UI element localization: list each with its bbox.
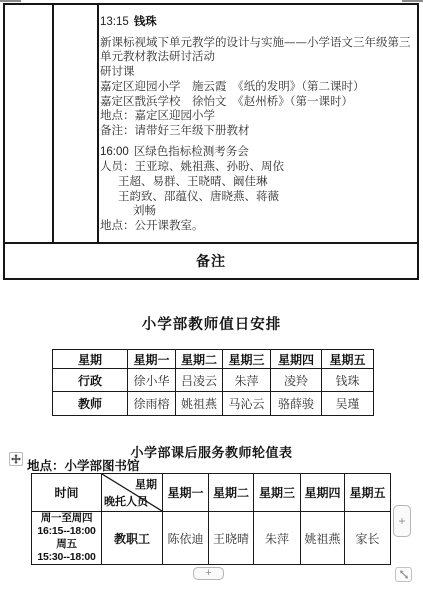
personnel-line: 王超、易群、王晓晴、阚佳琳 [100, 174, 412, 189]
time-line: 周一至周四 [32, 512, 101, 525]
duty-cell: 徐小华 [128, 369, 176, 392]
agenda-line: 新课标视域下单元教学的设计与实施——小学语文三年级第三 [100, 35, 412, 50]
agenda-location-line: 地点：公开课教室。 [100, 218, 412, 233]
rota-cell: 家长 [345, 512, 391, 565]
personnel-line: 刘畅 [100, 203, 412, 218]
table-move-handle[interactable] [9, 452, 23, 466]
duty-row-label: 行政 [53, 369, 128, 392]
duty-header-cell: 星期四 [271, 350, 322, 369]
duty-cell: 朱萍 [223, 369, 271, 392]
duty-cell: 凌羚 [271, 369, 322, 392]
time-line: 16:15--18:00 [32, 525, 101, 538]
agenda-line: 单元教材教法研讨活动 [100, 49, 412, 64]
rota-diagonal-header-cell: 星期 晚托人员 [102, 474, 163, 512]
table-column-border [52, 5, 54, 242]
agenda-content-cell: 13:15钱珠 新课标视域下单元教学的设计与实施——小学语文三年级第三 单元教材… [100, 14, 412, 233]
event-title: 区绿色指标检测考务会 [134, 144, 249, 158]
agenda-line: 嘉定区迎园小学 施云霞 《纸的发明》（第二课时） [100, 79, 412, 94]
duty-row-label: 教师 [53, 392, 128, 416]
agenda-line: 嘉定区戬浜学校 徐怡文 《赵州桥》（第一课时） [100, 94, 412, 109]
insert-row-button[interactable]: + [193, 567, 224, 580]
rota-staff-label-cell: 教职工 [102, 512, 163, 565]
rota-cell: 姚祖燕 [301, 512, 345, 565]
document-page: 13:15钱珠 新课标视域下单元教学的设计与实施——小学语文三年级第三 单元教材… [0, 0, 423, 593]
duty-header-cell: 星期一 [128, 350, 176, 369]
rota-header-cell: 星期一 [163, 474, 209, 512]
diagonal-label-week: 星期 [135, 476, 157, 492]
move-arrows-icon [11, 454, 21, 464]
insert-column-button[interactable]: + [393, 505, 411, 537]
event-time: 13:15 [100, 16, 129, 28]
duty-table: 星期 星期一 星期二 星期三 星期四 星期五 行政 徐小华 吕凌云 朱萍 凌羚 … [52, 349, 374, 416]
remark-row: 备注 [5, 242, 417, 278]
plus-icon: + [398, 515, 405, 527]
time-line: 15:30--18:00 [32, 551, 101, 564]
duty-cell: 钱珠 [322, 369, 374, 392]
rota-location-label: 地点：小学部图书馆 [27, 456, 140, 474]
agenda-note-line: 备注：请带好三年级下册教材 [100, 123, 412, 138]
agenda-location-line: 地点：嘉定区迎园小学 [100, 108, 412, 123]
event-person: 钱珠 [134, 14, 157, 28]
rota-header-cell: 星期四 [301, 474, 345, 512]
agenda-table: 13:15钱珠 新课标视域下单元教学的设计与实施——小学语文三年级第三 单元教材… [3, 3, 419, 280]
duty-cell: 骆薛骏 [271, 392, 322, 416]
personnel-line: 人员：王亚琼、姚祖燕、孙盼、周依 [100, 159, 412, 174]
duty-cell: 马沁云 [223, 392, 271, 416]
rota-header-cell: 星期五 [345, 474, 391, 512]
rota-header-row: 时间 星期 晚托人员 星期一 星期二 星期三 星期四 星期五 [32, 474, 391, 512]
duty-cell: 吴瑾 [322, 392, 374, 416]
duty-header-cell: 星期五 [322, 350, 374, 369]
rota-header-cell: 星期三 [254, 474, 301, 512]
agenda-line: 研讨课 [100, 64, 412, 79]
rota-header-cell: 星期二 [209, 474, 254, 512]
duty-header-cell: 星期 [53, 350, 128, 369]
agenda-entry-heading: 13:15钱珠 [100, 14, 412, 30]
rota-table: 时间 星期 晚托人员 星期一 星期二 星期三 星期四 星期五 周一至周四 16:… [31, 473, 391, 565]
duty-cell: 徐雨榕 [128, 392, 176, 416]
page-margin-mark-right [402, 0, 423, 2]
agenda-entry-heading: 16:00区绿色指标检测考务会 [100, 144, 412, 160]
event-time: 16:00 [100, 146, 129, 158]
duty-header-cell: 星期二 [176, 350, 223, 369]
duty-row-teacher: 教师 徐雨榕 姚祖燕 马沁云 骆薛骏 吴瑾 [53, 392, 374, 416]
rota-time-header-cell: 时间 [32, 474, 102, 512]
diagonal-label-staff: 晚托人员 [104, 493, 148, 509]
duty-header-cell: 星期三 [223, 350, 271, 369]
page-margin-mark-left [0, 0, 21, 2]
duty-header-row: 星期 星期一 星期二 星期三 星期四 星期五 [53, 350, 374, 369]
diagonal-resize-icon [398, 569, 410, 580]
rota-cell: 王晓晴 [209, 512, 254, 565]
rota-cell: 陈依迪 [163, 512, 209, 565]
duty-cell: 吕凌云 [176, 369, 223, 392]
plus-icon: + [205, 568, 211, 579]
remark-label: 备注 [196, 251, 226, 271]
duty-table-title: 小学部教师值日安排 [0, 313, 423, 334]
table-resize-handle[interactable] [395, 567, 412, 582]
rota-time-cell: 周一至周四 16:15--18:00 周五 15:30--18:00 [32, 512, 102, 565]
rota-data-row: 周一至周四 16:15--18:00 周五 15:30--18:00 教职工 陈… [32, 512, 391, 565]
duty-cell: 姚祖燕 [176, 392, 223, 416]
time-line: 周五 [32, 538, 101, 551]
table-column-border [97, 5, 99, 242]
personnel-line: 王韵致、邵蕴仪、唐晓燕、蒋薇 [100, 189, 412, 204]
rota-cell: 朱萍 [254, 512, 301, 565]
duty-row-admin: 行政 徐小华 吕凌云 朱萍 凌羚 钱珠 [53, 369, 374, 392]
